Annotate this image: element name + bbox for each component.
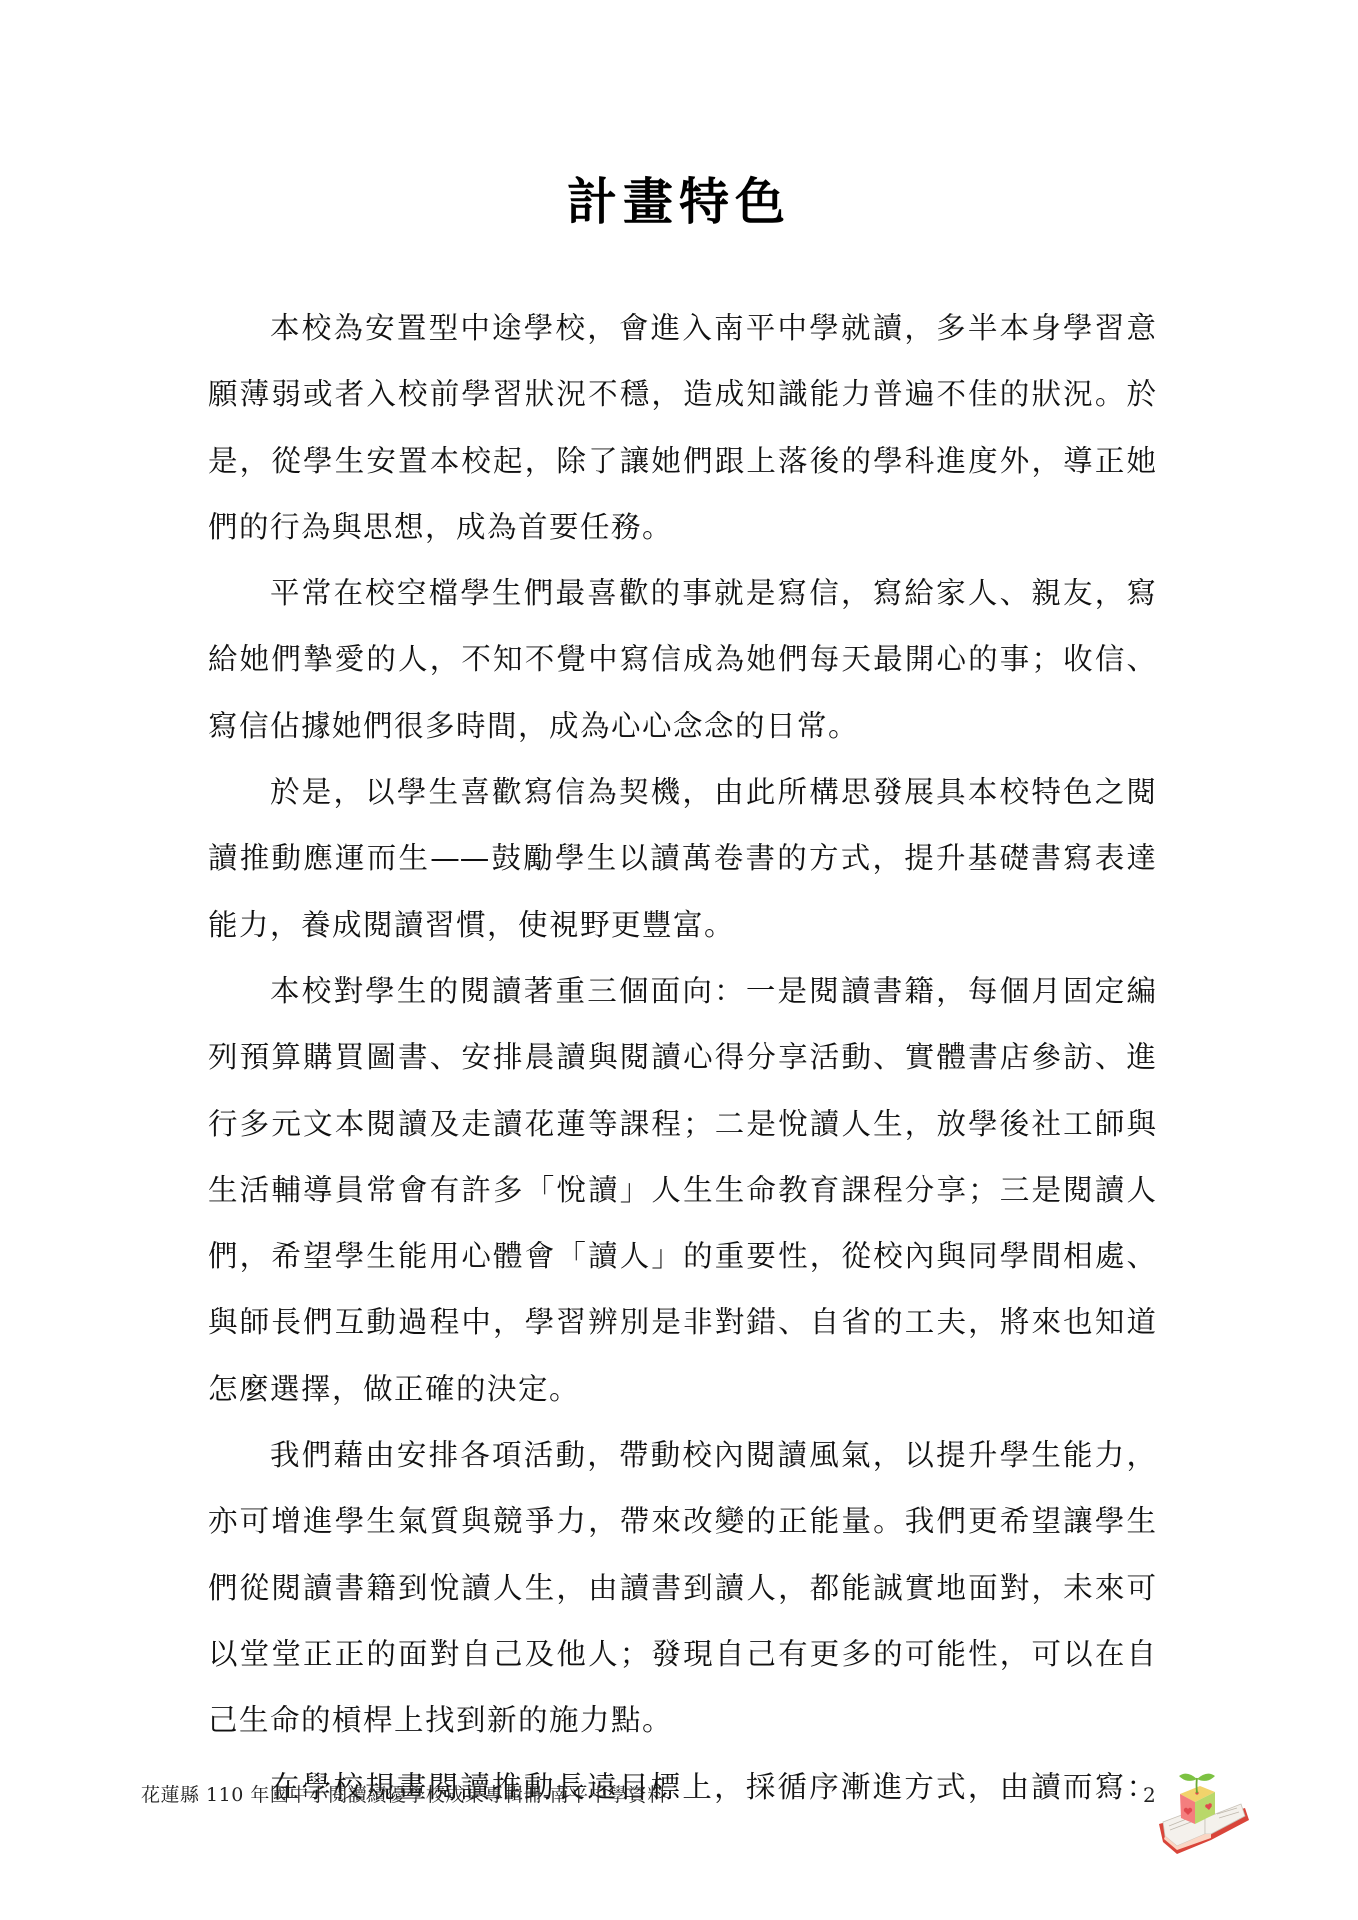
text-line: 本校為安置型中途學校，會進入南平中學就讀，多半本身學習意	[208, 308, 1156, 374]
page-title: 計畫特色	[0, 172, 1358, 232]
text-line: 寫信佔據她們很多時間，成為心心念念的日常。	[208, 706, 1156, 772]
text-line: 能力，養成閱讀習慣，使視野更豐富。	[208, 905, 1156, 971]
paragraph-2: 平常在校空檔學生們最喜歡的事就是寫信，寫給家人、親友，寫 給她們摯愛的人，不知不…	[208, 573, 1156, 772]
paragraph-4: 本校對學生的閱讀著重三個面向：一是閱讀書籍，每個月固定編 列預算購買圖書、安排晨…	[208, 971, 1156, 1435]
text-line: 本校對學生的閱讀著重三個面向：一是閱讀書籍，每個月固定編	[208, 971, 1156, 1037]
text-line: 己生命的槓桿上找到新的施力點。	[208, 1700, 1156, 1766]
text-line: 與師長們互動過程中，學習辨別是非對錯、自省的工夫，將來也知道	[208, 1302, 1156, 1368]
text-line: 怎麼選擇，做正確的決定。	[208, 1369, 1156, 1435]
text-line: 們從閱讀書籍到悅讀人生，由讀書到讀人，都能誠實地面對，未來可	[208, 1568, 1156, 1634]
text-line: 們的行為與思想，成為首要任務。	[208, 507, 1156, 573]
text-line: 亦可增進學生氣質與競爭力，帶來改變的正能量。我們更希望讓學生	[208, 1501, 1156, 1567]
text-line: 給她們摯愛的人，不知不覺中寫信成為她們每天最開心的事；收信、	[208, 639, 1156, 705]
page-number: 2	[1143, 1783, 1156, 1807]
text-line: 讀推動應運而生——鼓勵學生以讀萬卷書的方式，提升基礎書寫表達	[208, 838, 1156, 904]
paragraph-5: 我們藉由安排各項活動，帶動校內閱讀風氣，以提升學生能力， 亦可增進學生氣質與競爭…	[208, 1435, 1156, 1766]
text-line: 行多元文本閱讀及走讀花蓮等課程；二是悅讀人生，放學後社工師與	[208, 1104, 1156, 1170]
text-line: 平常在校空檔學生們最喜歡的事就是寫信，寫給家人、親友，寫	[208, 573, 1156, 639]
text-line: 於是，以學生喜歡寫信為契機，由此所構思發展具本校特色之閱	[208, 772, 1156, 838]
text-line: 願薄弱或者入校前學習狀況不穩，造成知識能力普遍不佳的狀況。於	[208, 374, 1156, 440]
footer-caption: 花蓮縣 110 年國中小閱讀績優學校成果專輯冊-南平中學資料	[141, 1783, 667, 1807]
text-line: 列預算購買圖書、安排晨讀與閱讀心得分享活動、實體書店參訪、進	[208, 1037, 1156, 1103]
text-line: 生活輔導員常會有許多「悅讀」人生生命教育課程分享；三是閱讀人	[208, 1170, 1156, 1236]
text-line: 們，希望學生能用心體會「讀人」的重要性，從校內與同學間相處、	[208, 1236, 1156, 1302]
paragraph-3: 於是，以學生喜歡寫信為契機，由此所構思發展具本校特色之閱 讀推動應運而生——鼓勵…	[208, 772, 1156, 971]
document-body: 本校為安置型中途學校，會進入南平中學就讀，多半本身學習意 願薄弱或者入校前學習狀…	[208, 308, 1156, 1833]
paragraph-1: 本校為安置型中途學校，會進入南平中學就讀，多半本身學習意 願薄弱或者入校前學習狀…	[208, 308, 1156, 573]
text-line: 以堂堂正正的面對自己及他人；發現自己有更多的可能性，可以在自	[208, 1634, 1156, 1700]
text-line: 我們藉由安排各項活動，帶動校內閱讀風氣，以提升學生能力，	[208, 1435, 1156, 1501]
book-with-sprout-cube-icon	[1155, 1762, 1255, 1860]
text-line: 是，從學生安置本校起，除了讓她們跟上落後的學科進度外，導正她	[208, 441, 1156, 507]
